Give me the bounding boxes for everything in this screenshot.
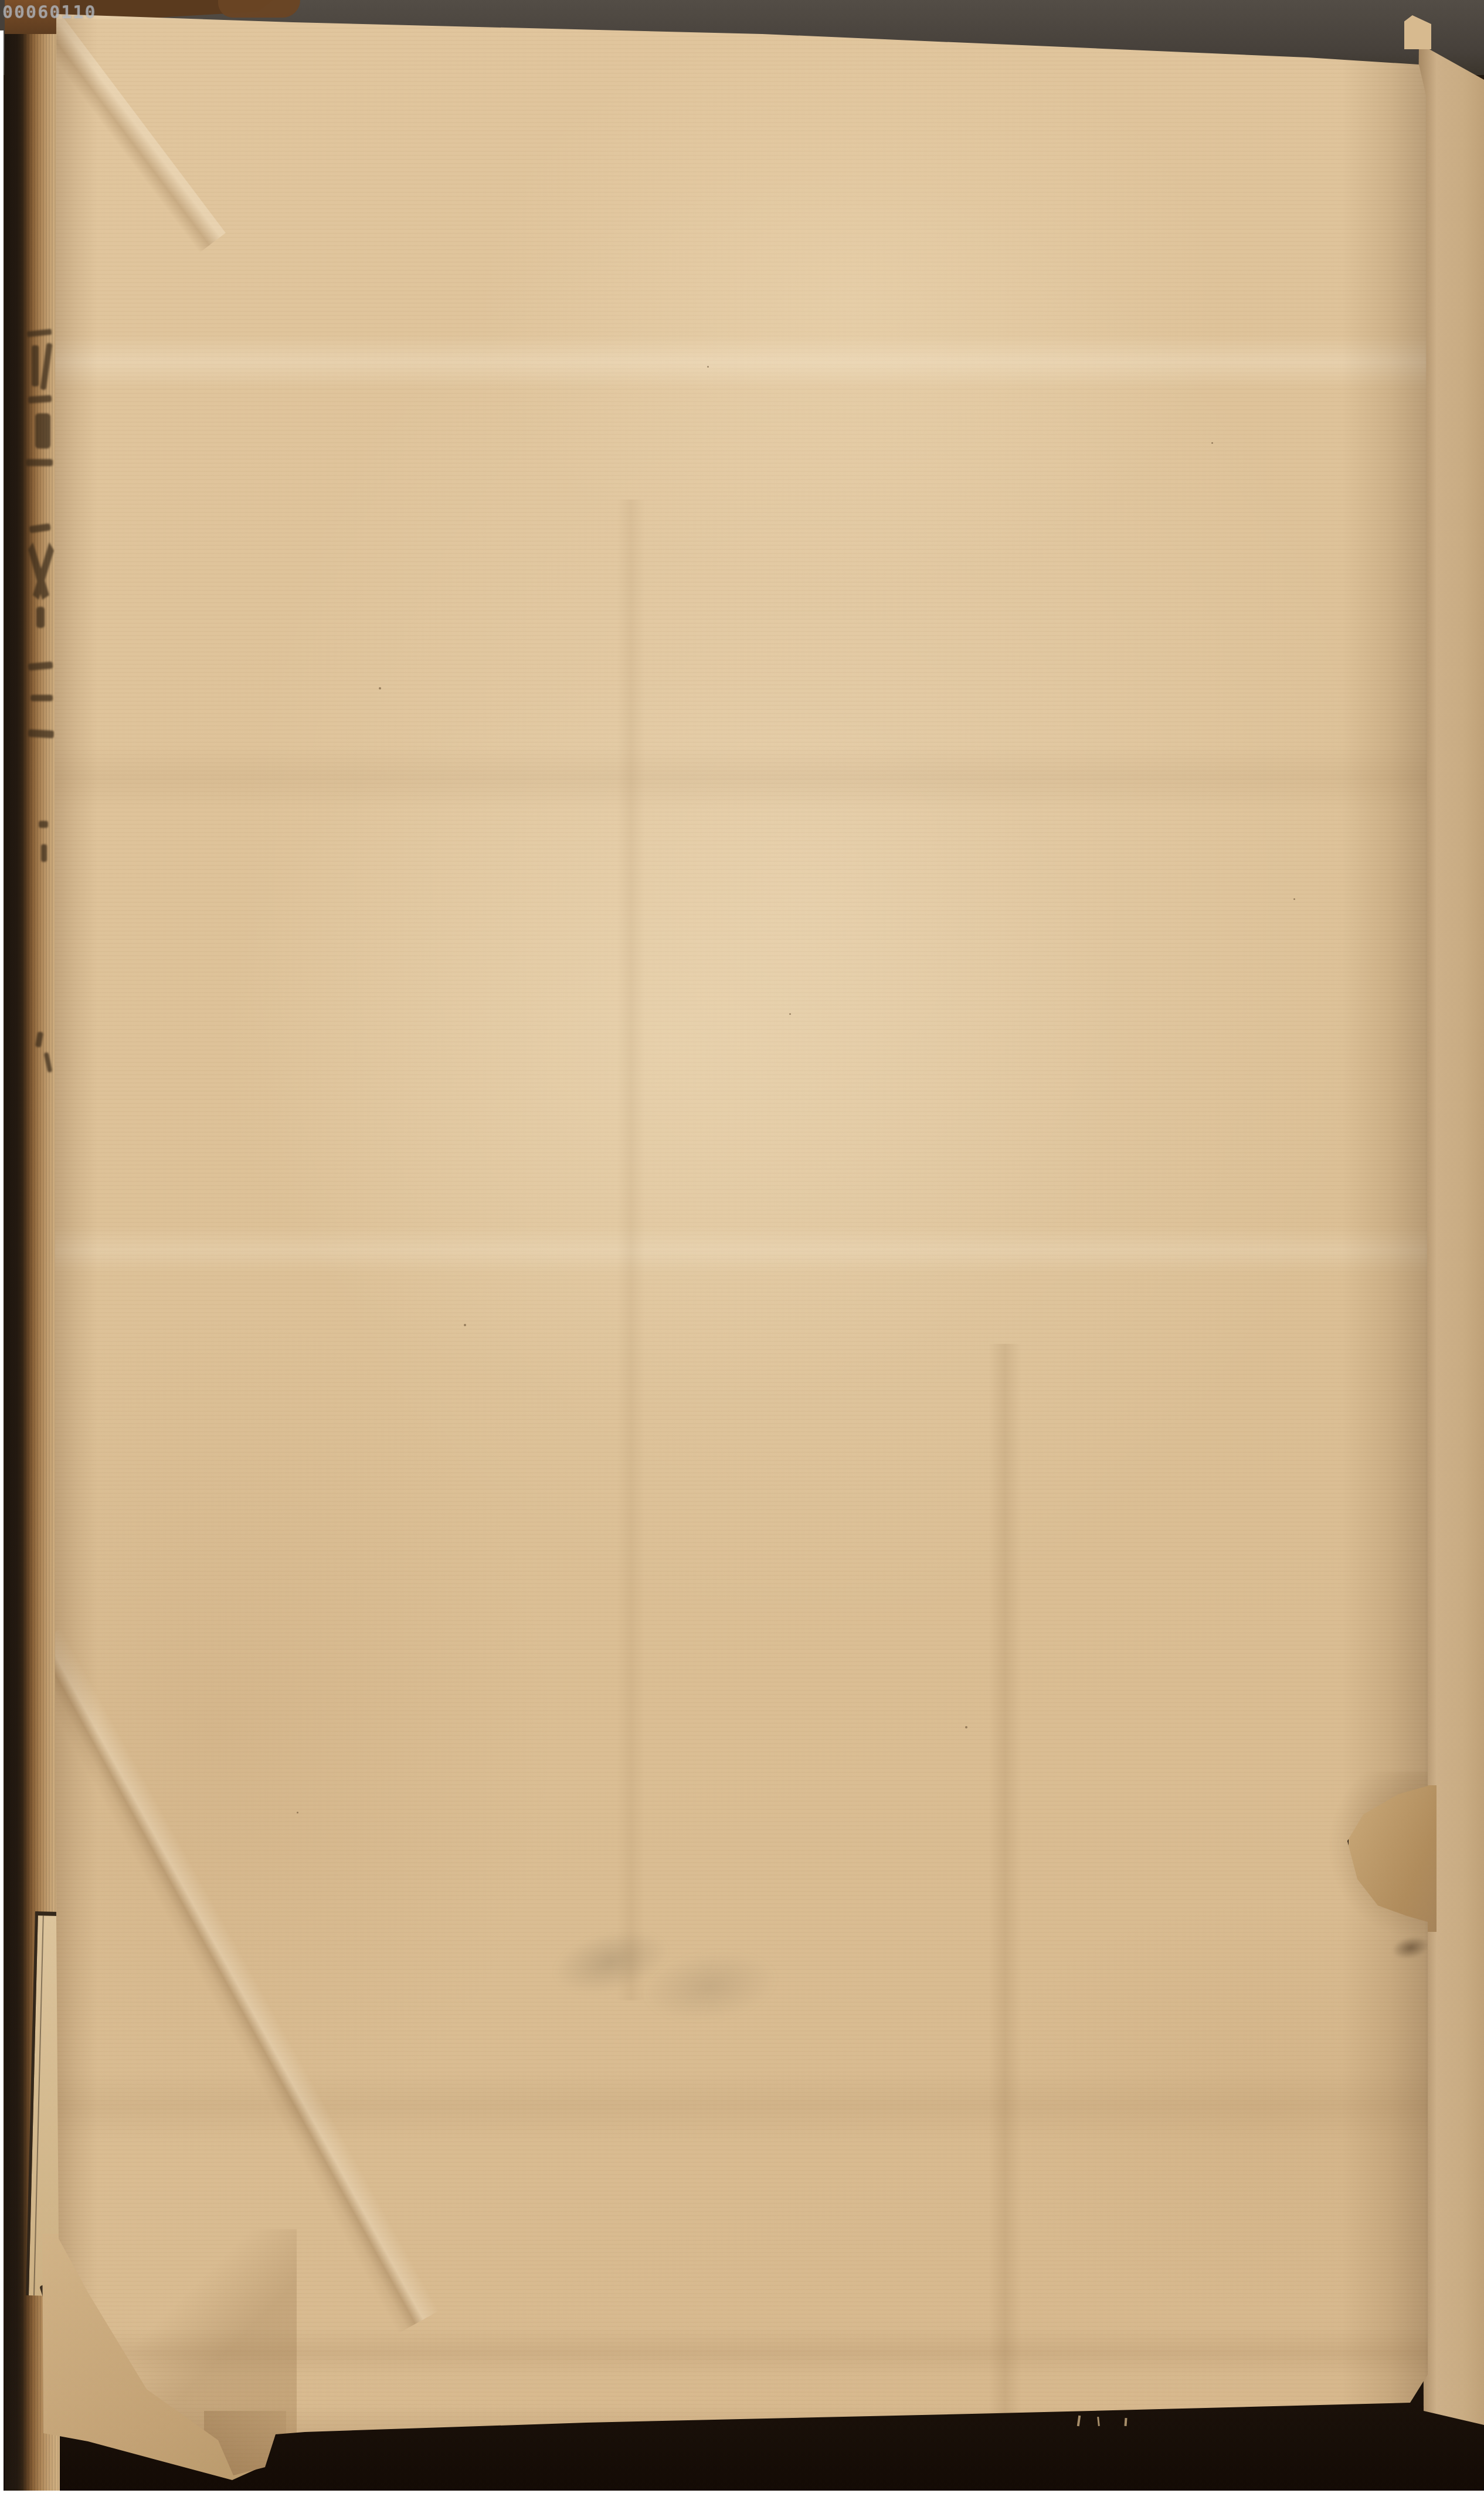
crease-vertical [617,500,645,2000]
speck [464,1324,466,1326]
watermark-id: 00060110 [2,2,97,23]
speck [1293,898,1295,900]
spine-ink-fragments [23,320,59,1093]
speck [965,1726,967,1728]
speck [379,687,381,689]
speck [297,1812,298,1813]
wrinkle-band [50,1227,1429,1273]
wrinkle-band [50,2071,1429,2141]
speck [1211,442,1213,444]
book-cover-edge-blob [218,0,300,18]
right-edge-shading [1342,7,1429,2478]
wrinkle-band [50,746,1429,810]
crease-vertical [989,1344,1021,2428]
main-page [50,7,1429,2478]
scan-canvas: 00060110 [0,0,1484,2500]
speck [789,1013,791,1015]
speck [707,366,709,368]
wrinkle-band [50,335,1429,388]
